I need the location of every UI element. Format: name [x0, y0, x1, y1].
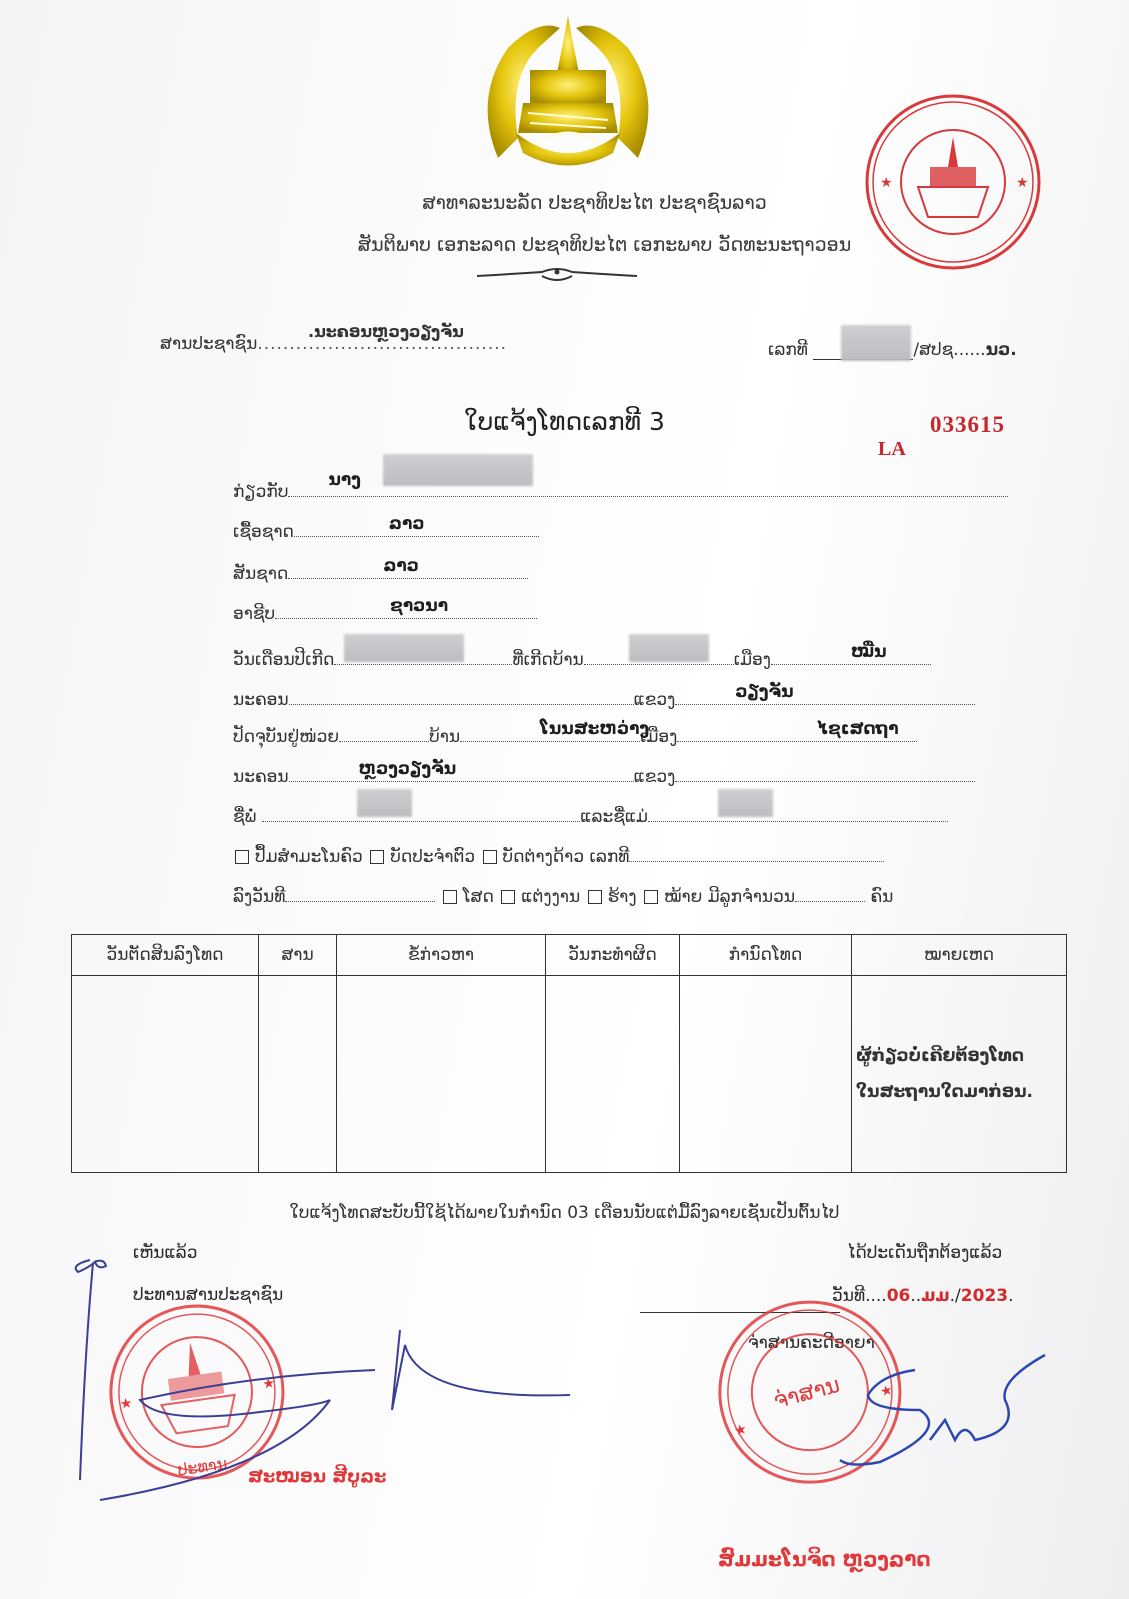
reference-number-field — [813, 341, 913, 360]
redacted-mother — [718, 789, 773, 817]
redacted-village — [629, 634, 709, 662]
current-city-field: ນະຄອນຫຼວງວຽງຈັນແຂວງ — [233, 765, 975, 787]
col-offense-date: ວັນກະທຳຜິດ — [546, 935, 680, 976]
reference-number: ເລກທີ /ສປຊ......ນວ. — [768, 340, 1017, 360]
serial-prefix: LA — [878, 438, 906, 461]
supreme-court-seal-icon: ★ ★ — [858, 92, 1048, 272]
current-address-field: ປັດຈຸບັນຢູ່ໜ່ວຍບ້ານໂນນສະຫວ່າງເມືອງໄຊເສດຖ… — [233, 725, 917, 747]
current-city-value: ຫຼວງວຽງຈັນ — [359, 759, 457, 779]
concerning-field: ກ່ຽວກັບນາງ — [233, 480, 1008, 502]
birth-district-value: ໝື່ນ — [851, 642, 887, 662]
svg-text:★: ★ — [261, 1375, 276, 1393]
redacted-father — [357, 789, 412, 817]
checkbox-married[interactable] — [501, 890, 515, 904]
court-field: ສານປະຊາຊົນ..............................… — [160, 334, 507, 354]
birth-field: ວັນເດືອນປີເກີດທີ່ເກີດບ້ານເມືອງໝື່ນ — [233, 648, 931, 670]
col-charge: ຂໍ້ກ່າວຫາ — [337, 935, 546, 976]
current-village-value: ໂນນສະຫວ່າງ — [540, 719, 649, 739]
chief-judge-name: ສະໝອນ ສີບູລະ — [248, 1466, 386, 1487]
lao-national-emblem-icon — [468, 8, 668, 174]
occupation-value: ຊາວນາ — [390, 596, 448, 616]
court-value: .ນະຄອນຫຼວງວຽງຈັນ — [308, 322, 464, 341]
birth-province-value: ວຽງຈັນ — [735, 682, 793, 702]
svg-text:ຈ່າສານ: ຈ່າສານ — [771, 1373, 843, 1415]
col-court: ສານ — [259, 935, 337, 976]
serial-digits: 033615 — [930, 412, 1005, 438]
date-month: ມມ — [921, 1286, 949, 1306]
redacted-dob — [344, 634, 464, 662]
col-remark: ໝາຍເຫດ — [852, 935, 1067, 976]
redacted-name — [383, 454, 533, 486]
svg-text:★: ★ — [1016, 175, 1029, 191]
table-header-row: ວັນຕັດສິນລົງໂທດ ສານ ຂໍ້ກ່າວຫາ ວັນກະທຳຜິດ… — [72, 935, 1067, 976]
checkbox-family-book[interactable] — [235, 850, 249, 864]
marital-field: ລົງວັນທີ ໂສດ ແຕ່ງງານ ຮ້າງ ໝ້າຍ ມີລູກຈຳນວ… — [233, 885, 893, 907]
criminal-record-table: ວັນຕັດສິນລົງໂທດ ສານ ຂໍ້ກ່າວຫາ ວັນກະທຳຜິດ… — [71, 934, 1067, 1173]
svg-text:★: ★ — [880, 175, 893, 191]
clerk-name: ສົມມະໂນຈິດ ຫຼວງລາດ — [718, 1547, 931, 1571]
clerk-seal-icon: ຈ່າສານ ★ ★ — [691, 1273, 930, 1512]
nationality-value: ລາວ — [383, 556, 419, 576]
checkbox-foreigner-card[interactable] — [483, 850, 497, 864]
redacted-block — [841, 325, 911, 361]
ethnicity-field: ເຊື້ອຊາດລາວ — [233, 520, 539, 542]
svg-text:★: ★ — [119, 1395, 134, 1413]
validity-note: ໃບແຈ້ງໂທດສະບັບນີ້ໃຊ້ໄດ້ພາຍໃນກຳນົດ 03 ເດື… — [0, 1203, 1129, 1223]
current-district-value: ໄຊເສດຖາ — [817, 719, 898, 739]
cell-offense-date — [546, 976, 680, 1173]
divider-ornament-icon — [472, 264, 642, 286]
cell-remark: ຜູ້ກ່ຽວບໍ່ເຄີຍຕ້ອງໂທດ ໃນສະຖານໃດມາກ່ອນ. — [852, 976, 1067, 1173]
date-day: 06 — [887, 1286, 911, 1306]
seen-label: ເຫັນແລ້ວ — [133, 1243, 197, 1263]
checkbox-single[interactable] — [443, 890, 457, 904]
certified-label: ໄດ້ປະເດັນຖືກຕ້ອງແລ້ວ — [847, 1243, 1002, 1263]
checkbox-id-card[interactable] — [370, 850, 384, 864]
cell-judgment-date — [72, 976, 259, 1173]
date-year: 2023 — [961, 1286, 1008, 1306]
checkbox-divorced[interactable] — [588, 890, 602, 904]
occupation-field: ອາຊີບຊາວນາ — [233, 602, 537, 624]
cell-court — [259, 976, 337, 1173]
cell-sentence — [680, 976, 852, 1173]
reference-label: ເລກທີ — [768, 340, 808, 360]
ethnicity-value: ລາວ — [389, 514, 425, 534]
svg-text:★: ★ — [733, 1421, 749, 1440]
col-sentence: ກຳນົດໂທດ — [680, 935, 852, 976]
reference-suffix-value: ນວ. — [986, 340, 1017, 360]
parents-field: ຊື່ພໍ່ແລະຊື່ແມ່ — [233, 805, 948, 827]
col-judgment-date: ວັນຕັດສິນລົງໂທດ — [72, 935, 259, 976]
id-document-field: ປຶ້ມສຳມະໂນຄົວ ບັດປະຈຳຕົວ ບັດຕ່າງດ້າວ ເລກ… — [233, 845, 884, 867]
court-label: ສານປະຊາຊົນ — [160, 334, 257, 354]
checkbox-widowed[interactable] — [644, 890, 658, 904]
birth-city-field: ນະຄອນແຂວງວຽງຈັນ — [233, 688, 975, 710]
concerning-value: ນາງ — [328, 470, 360, 490]
reference-suffix-label: /ສປຊ...... — [913, 340, 985, 360]
cell-charge — [337, 976, 546, 1173]
table-row: ຜູ້ກ່ຽວບໍ່ເຄີຍຕ້ອງໂທດ ໃນສະຖານໃດມາກ່ອນ. — [72, 976, 1067, 1173]
nationality-field: ສັນຊາດລາວ — [233, 562, 528, 584]
